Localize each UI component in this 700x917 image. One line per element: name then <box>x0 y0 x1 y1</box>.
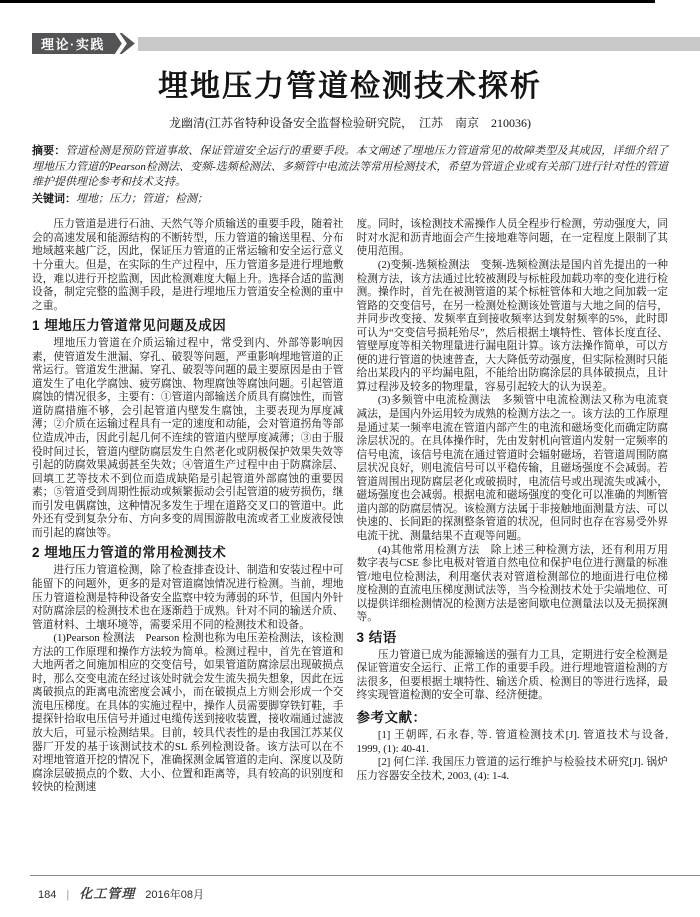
page-footer: 184 | 化工管理 2016年08月 <box>30 875 700 902</box>
section-banner: 理论·实践 <box>32 33 700 54</box>
intro-paragraph: 压力管道是进行石油、天然气等介质输送的重要手段，随着社会的高速发展和能源结构的不… <box>32 218 344 313</box>
journal-name: 化工管理 <box>79 883 135 902</box>
keywords-label: 关键词： <box>32 193 76 205</box>
abstract: 摘要：管道检测是预防管道事故、保证管道安全运行的重要手段。本文阐述了埋地压力管道… <box>32 144 668 191</box>
author-line: 龙幽清(江苏省特种设备安全监督检验研究院， 江苏 南京 210036) <box>32 114 668 131</box>
reference-item: [2] 何仁洋. 我国压力管道的运行维护与检验技术研究[J]. 锅炉压力容器安全… <box>357 756 669 783</box>
section-heading-2: 2 埋地压力管道的常用检测技术 <box>32 544 344 561</box>
issue-date: 2016年08月 <box>145 886 204 902</box>
scan-edge-strip <box>0 0 655 3</box>
paragraph-pearson-method: (1)Pearson 检测法 Pearson 检测也称为电压差检测法，该检测方法… <box>32 632 344 795</box>
section-heading-3: 3 结语 <box>357 629 669 646</box>
reference-item: [1] 王朝晖, 石永春, 等. 管道检测技术[J]. 管道技术与设备, 199… <box>357 729 669 756</box>
page-number: 184 <box>38 889 56 901</box>
references-heading: 参考文献： <box>357 709 669 726</box>
paragraph-frequency-method: (2)变频-选频检测法 变频-选频检测法是国内首先提出的一种检测方法，该方法通过… <box>357 259 669 394</box>
page: 理论·实践 埋地压力管道检测技术探析 龙幽清(江苏省特种设备安全监督检验研究院，… <box>0 33 700 870</box>
section-heading-1: 1 埋地压力管道常见问题及成因 <box>32 317 344 334</box>
banner-label: 理论·实践 <box>41 34 105 53</box>
right-column: 度。同时，该检测技术需操作人员全程步行检测，劳动强度大，同时对水泥和沥青地面会产… <box>357 218 669 870</box>
article-title: 埋地压力管道检测技术探析 <box>32 70 668 104</box>
paragraph: 埋地压力管道在介质运输过程中，常受到内、外部等影响因素，使管道发生泄漏、穿孔、破… <box>32 337 344 540</box>
footer-separator: | <box>66 889 69 901</box>
paragraph-other-methods: (4)其他常用检测方法 除上述三种检测方法，还有利用万用数字表与CSE 参比电极… <box>357 544 669 625</box>
conclusion-paragraph: 压力管道已成为能源输送的强有力工具，定期进行安全检测是保证管道安全运行、正常工作… <box>357 649 669 703</box>
paragraph-current-method: (3)多频管中电流检测法 多频管中电流检测法又称为电流衰减法，是国内外运用较为成… <box>357 394 669 543</box>
abstract-label: 摘要： <box>32 145 65 157</box>
chevron-right-icon <box>115 33 127 54</box>
keywords: 关键词：埋地；压力；管道；检测； <box>32 192 668 208</box>
paragraph: 进行压力管道检测，除了检查排查设计、制造和安装过程中可能留下的问题外，更多的是对… <box>32 564 344 632</box>
banner-tag: 理论·实践 <box>32 33 135 54</box>
keywords-text: 埋地；压力；管道；检测； <box>76 193 208 205</box>
abstract-text: 管道检测是预防管道事故、保证管道安全运行的重要手段。本文阐述了埋地压力管道常见的… <box>32 145 668 188</box>
left-column: 压力管道是进行石油、天然气等介质输送的重要手段，随着社会的高速发展和能源结构的不… <box>32 218 344 870</box>
paragraph-continuation: 度。同时，该检测技术需操作人员全程步行检测，劳动强度大，同时对水泥和沥青地面会产… <box>357 218 669 259</box>
banner-bar <box>138 37 700 51</box>
body-columns: 压力管道是进行石油、天然气等介质输送的重要手段，随着社会的高速发展和能源结构的不… <box>32 218 668 870</box>
